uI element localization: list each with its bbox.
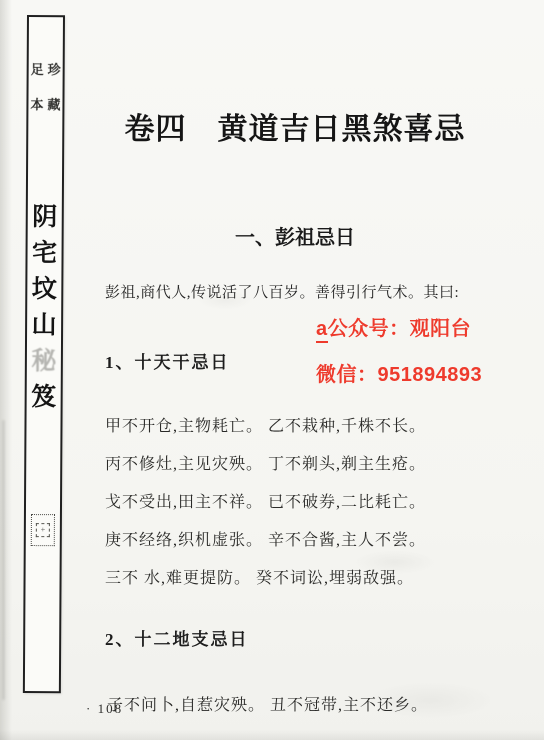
book-spine: 足 珍 本 藏 阴 宅 坟 山 秘 笈 + [23, 15, 65, 693]
spine-seal-script-text: 足 珍 本 藏 [28, 59, 62, 113]
verse-line: 庚不经络,织机虚张。 辛不合酱,主人不尝。 [105, 527, 535, 550]
scan-streak [2, 420, 5, 700]
spine-title-char: 宅 [32, 241, 57, 266]
spine-title-char: 坟 [32, 277, 57, 302]
intro-paragraph: 彭祖,商代人,传说活了八百岁。善得引行气术。其曰: [105, 281, 525, 302]
spine-title-char: 山 [32, 313, 57, 338]
subsection-heading-dizhi: 2、十二地支忌日 [105, 625, 249, 650]
spine-title-char: 阴 [32, 205, 57, 230]
verse-line: 三不 水,难更提防。 癸不词讼,埋弱敌强。 [105, 565, 535, 588]
watermark-line-official-account: a公众号：观阳台 [316, 312, 471, 341]
seal-char: 珍 [48, 59, 61, 78]
seal-char: 本 [30, 94, 43, 113]
scanned-book-page: { "page": { "page_number": "· 108 ·" }, … [0, 0, 544, 740]
spine-title-char: 笈 [31, 385, 56, 410]
section-heading: 一、彭祖忌日 [66, 221, 524, 250]
spine-book-title: 阴 宅 坟 山 秘 笈 [27, 205, 62, 410]
page-number: · 108 · [86, 701, 135, 717]
page-bottom-shadow [0, 730, 544, 740]
verse-line: 丙不修灶,主见灾殃。 丁不剃头,剃主生疮。 [105, 451, 535, 474]
watermark-account-text: 公众号：观阳台 [328, 318, 472, 340]
verse-line: 戈不受出,田主不祥。 已不破券,二比耗亡。 [105, 489, 535, 512]
verse-line: 甲不开仓,主物耗亡。 乙不栽种,千株不长。 [105, 413, 535, 436]
verse-line: 子不问卜,自惹灾殃。 丑不冠带,主不还乡。 [107, 692, 537, 715]
seal-char: 足 [31, 59, 44, 78]
spine-title-char: 秘 [31, 349, 56, 374]
spine-seal-stamp: + [31, 514, 55, 546]
watermark-line-wechat: 微信：951894893 [316, 358, 482, 387]
watermark-prefix: a [316, 318, 328, 343]
stamp-inner-mark: + [36, 523, 50, 537]
subsection-heading-tiangan: 1、十天干忌日 [105, 348, 230, 373]
seal-char: 藏 [47, 94, 60, 113]
chapter-title: 卷四 黄道吉日黑煞喜忌 [66, 104, 524, 148]
